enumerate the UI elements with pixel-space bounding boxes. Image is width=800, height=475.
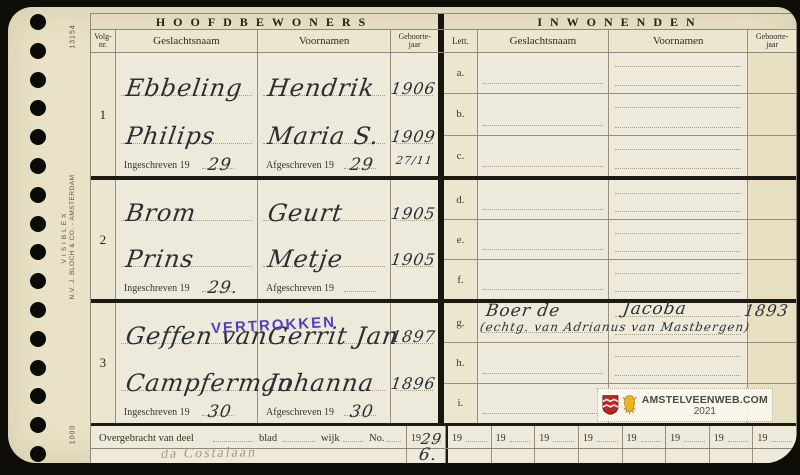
- birthyear-entry: 1909: [391, 102, 438, 151]
- letter-cell: f.: [444, 260, 478, 299]
- edge-serial-top: 13154: [70, 7, 77, 67]
- birthyear-cell: [748, 136, 796, 176]
- punch-hole: [30, 72, 46, 88]
- writing-line: [615, 334, 741, 335]
- surname-cell: [478, 260, 609, 299]
- birthyear-entry: 1905: [391, 227, 438, 274]
- printer-brand: VISIBLEX: [61, 127, 69, 347]
- writing-line: [615, 356, 741, 357]
- transfer-row: Overgebracht van deel blad wijk No. 19 2…: [91, 426, 796, 448]
- givenname-entry: Metje: [258, 227, 390, 274]
- edge-printer-imprint: VISIBLEX N.V. J. BLOCH & CO. - AMSTERDAM: [61, 127, 77, 347]
- year-subcell: [446, 449, 492, 463]
- writing-line: [615, 66, 741, 67]
- year-cell: 19: [753, 426, 796, 448]
- birthyear-entry: 1905: [391, 180, 438, 227]
- column-header-geslachtsnaam-inw: Geslachtsnaam: [478, 30, 609, 52]
- writing-line: [483, 125, 603, 126]
- birthyear-cell: 1893: [748, 303, 796, 342]
- transfer-subrow: da Costalaan 6.: [91, 449, 796, 463]
- inwonenden-row: e.: [444, 220, 796, 260]
- marriage-annotation: (echtg. van Adrianus van Mastbergen): [479, 320, 751, 334]
- punch-hole: [30, 100, 46, 116]
- punch-hole: [30, 302, 46, 318]
- inwonenden-row: a.: [444, 53, 796, 94]
- punch-hole: [30, 14, 46, 30]
- writing-line: [483, 83, 603, 84]
- writing-line: [615, 168, 741, 169]
- dotted-leader: [466, 441, 487, 442]
- column-header-voornamen-inw: Voornamen: [609, 30, 748, 52]
- punch-hole: [30, 388, 46, 404]
- dotted-leader: [510, 441, 531, 442]
- volgnr-cell: 1: [91, 53, 116, 176]
- printer-name: N.V. J. BLOCH & CO. - AMSTERDAM: [69, 127, 77, 347]
- givenname-cell: [609, 343, 748, 382]
- surname-cell: [478, 136, 609, 176]
- punch-hole: [30, 158, 46, 174]
- column-header-geboortejaar: Geboorte- jaar: [391, 30, 438, 52]
- givenname-entry: Johanna: [258, 350, 390, 397]
- writing-line: [615, 233, 741, 234]
- pencil-note: da Costalaan: [160, 445, 258, 463]
- year-cell: 19: [666, 426, 710, 448]
- dotted-leader: [213, 441, 253, 442]
- surname-cell: [478, 220, 609, 259]
- dotted-leader: [283, 441, 315, 442]
- punch-hole: [30, 129, 46, 145]
- letter-cell: a.: [444, 53, 478, 93]
- birthyear-entry: 1906: [391, 53, 438, 102]
- birthyear-cell: [748, 180, 796, 219]
- writing-line: [615, 291, 741, 292]
- column-header-geslachtsnaam: Geslachtsnaam: [116, 30, 258, 52]
- household-group-2: 2 Brom Prins Ingeschreven 19 29.: [91, 180, 796, 299]
- dotted-leader: [597, 441, 618, 442]
- writing-line: [615, 211, 741, 212]
- column-header-volgnr: Volg- nr.: [91, 30, 116, 52]
- givenname-cell: [609, 136, 748, 176]
- year-cell: 19: [446, 426, 492, 448]
- givenname-cell: [609, 94, 748, 134]
- writing-line: [615, 107, 741, 108]
- inwonenden-row: d.: [444, 180, 796, 220]
- punch-hole: [30, 43, 46, 59]
- birthyear-cell: [748, 260, 796, 299]
- dotted-leader: [343, 441, 363, 442]
- year-cell: 19: [492, 426, 536, 448]
- punch-hole: [30, 446, 46, 462]
- letter-cell: g.: [444, 303, 478, 342]
- writing-line: [615, 127, 741, 128]
- surname-entry: Campferman: [116, 350, 257, 397]
- lion-icon: [623, 393, 638, 417]
- title-hoofdbewoners: HOOFDBEWONERS: [91, 13, 438, 30]
- year-subcell: [666, 449, 710, 463]
- birthyear-cell: [748, 53, 796, 93]
- dotted-leader: [553, 441, 574, 442]
- scanned-register-card: 13154 VISIBLEX N.V. J. BLOCH & CO. - AMS…: [0, 0, 800, 475]
- writing-line: [615, 375, 741, 376]
- givenname-cell: [609, 260, 748, 299]
- writing-line: [615, 251, 741, 252]
- dotted-leader: [684, 441, 705, 442]
- letter-cell: d.: [444, 180, 478, 219]
- givenname-entry: Hendrik: [258, 53, 390, 102]
- dotted-leader: [387, 441, 401, 442]
- givenname-cell: [609, 220, 748, 259]
- letter-cell: h.: [444, 343, 478, 382]
- surname-entry: Philips: [116, 102, 257, 151]
- year-cell: 19: [579, 426, 623, 448]
- letter-cell: c.: [444, 136, 478, 176]
- year-subcell: [535, 449, 579, 463]
- punch-hole: [30, 360, 46, 376]
- letter-cell: i.: [444, 384, 478, 423]
- birthyear-entry: 1896: [391, 350, 438, 397]
- inwonenden-row: c.: [444, 136, 796, 176]
- volgnr-cell: 3: [91, 303, 116, 423]
- givenname-entry: Geurt: [258, 180, 390, 227]
- writing-line: [483, 373, 603, 374]
- writing-line: [483, 249, 603, 250]
- year-subcell: [579, 449, 623, 463]
- surname-cell: [478, 94, 609, 134]
- inwonenden-row: h.: [444, 343, 796, 383]
- year-cell: 19: [623, 426, 667, 448]
- ingeschreven-row: Ingeschreven 19 29.: [116, 273, 257, 299]
- column-header-lett: Lett.: [444, 30, 478, 52]
- punch-hole: [30, 187, 46, 203]
- writing-line: [615, 273, 741, 274]
- card: 13154 VISIBLEX N.V. J. BLOCH & CO. - AMS…: [8, 7, 797, 463]
- writing-line: [615, 193, 741, 194]
- ingeschreven-row: Ingeschreven 19 30: [116, 397, 257, 423]
- inwonenden-row: b.: [444, 94, 796, 135]
- pencil-note-cell: da Costalaan: [91, 449, 407, 463]
- birthyear-cell: [748, 343, 796, 382]
- ingeschreven-row: Ingeschreven 19 29: [116, 150, 257, 176]
- column-header-geboortejaar-inw: Geboorte- jaar: [748, 30, 796, 52]
- surname-cell: [478, 384, 609, 423]
- writing-line: [483, 413, 603, 414]
- dotted-leader: [771, 441, 792, 442]
- punch-hole: [30, 244, 46, 260]
- letter-cell: e.: [444, 220, 478, 259]
- inwonenden-row: g. Boer de (echtg. van Adrianus van Mast…: [444, 303, 796, 343]
- year-cell: 19: [710, 426, 754, 448]
- surname-cell: [478, 53, 609, 93]
- surname-entry: Ebbeling: [116, 53, 257, 102]
- year-subcell: 6.: [407, 449, 446, 463]
- punch-hole: [30, 331, 46, 347]
- volgnr-cell: 2: [91, 180, 116, 299]
- surname-cell: [478, 343, 609, 382]
- surname-cell: Boer de (echtg. van Adrianus van Mastber…: [478, 303, 609, 342]
- writing-line: [615, 85, 741, 86]
- birthyear-cell: [748, 220, 796, 259]
- punch-hole: [30, 216, 46, 232]
- afgeschreven-row: Afgeschreven 19: [258, 273, 390, 299]
- birthyear-cell: [748, 94, 796, 134]
- punch-hole: [30, 273, 46, 289]
- punch-hole: [30, 417, 46, 433]
- dotted-leader: [344, 291, 376, 292]
- afgeschreven-row: Afgeschreven 19 30: [258, 397, 390, 423]
- writing-line: [615, 149, 741, 150]
- column-header-row: Volg- nr. Geslachtsnaam Voornamen Geboor…: [91, 30, 796, 52]
- section-titles: HOOFDBEWONERS INWONENDEN: [91, 14, 796, 29]
- birthyear-entry: 1897: [391, 303, 438, 350]
- dotted-leader: [728, 441, 749, 442]
- writing-line: [483, 209, 603, 210]
- year-subcell: [753, 449, 796, 463]
- dotted-leader: [641, 441, 662, 442]
- watermark: AMSTELVEENWEB.COM 2021: [597, 388, 773, 422]
- title-inwonenden: INWONENDEN: [444, 13, 796, 30]
- writing-line: [483, 166, 603, 167]
- household-group-1: 1 Ebbeling Philips Ingeschreven 19 29: [91, 53, 796, 176]
- year-subcell: [492, 449, 536, 463]
- year-cell: 19: [535, 426, 579, 448]
- givenname-entry: Maria S.: [258, 102, 390, 151]
- surname-entry: Brom: [116, 180, 257, 227]
- surname-cell: [478, 180, 609, 219]
- givenname-cell: [609, 53, 748, 93]
- year-subcell: [710, 449, 754, 463]
- writing-line: [483, 289, 603, 290]
- edge-serial-bottom: 1000: [70, 405, 77, 464]
- amstelveen-coat-of-arms-icon: [602, 394, 619, 416]
- year-subcell: [623, 449, 667, 463]
- afgeschreven-row: Afgeschreven 19 29 27/11: [258, 150, 390, 176]
- column-header-voornamen: Voornamen: [258, 30, 391, 52]
- surname-entry: Prins: [116, 227, 257, 274]
- inwonenden-row: f.: [444, 260, 796, 299]
- givenname-cell: [609, 180, 748, 219]
- watermark-text: AMSTELVEENWEB.COM 2021: [642, 394, 768, 417]
- letter-cell: b.: [444, 94, 478, 134]
